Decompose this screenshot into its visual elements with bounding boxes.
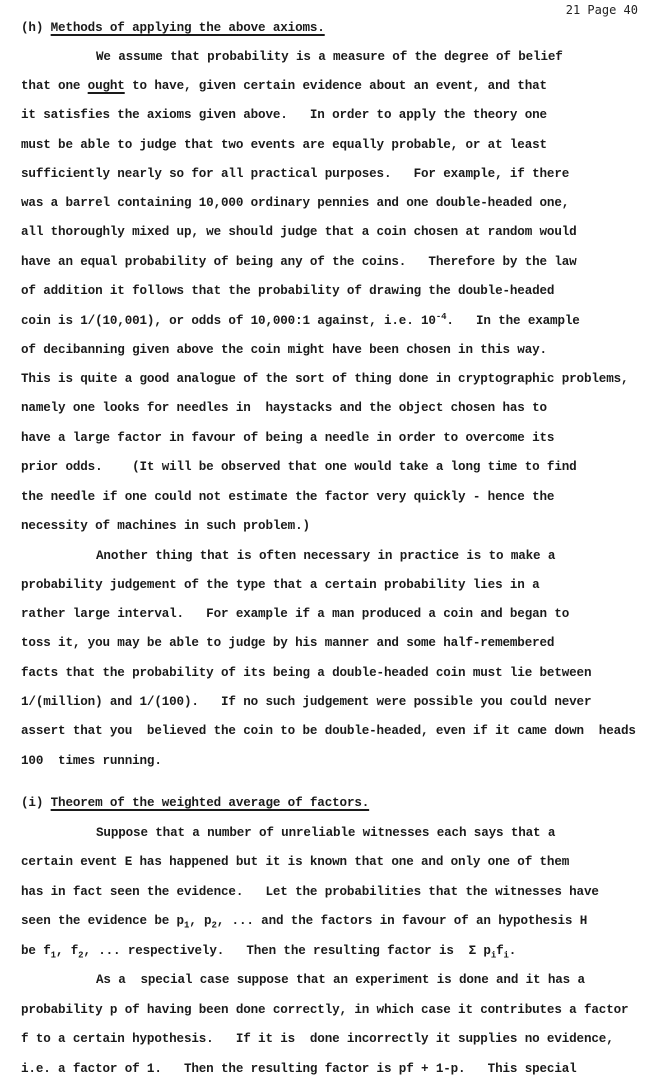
text-line: rather large interval. For example if a …	[21, 606, 569, 622]
text-span: coin is 1/(10,001), or odds of 10,000:1 …	[21, 314, 436, 328]
section-i-heading: (i) Theorem of the weighted average of f…	[21, 795, 369, 811]
document-page: 21 Page 40 (h) Methods of applying the a…	[0, 0, 650, 1090]
text-line: As a special case suppose that an experi…	[96, 972, 585, 988]
text-line: assert that you believed the coin to be …	[21, 723, 636, 739]
text-line: have an equal probability of being any o…	[21, 254, 577, 270]
text-line: Another thing that is often necessary in…	[96, 548, 555, 564]
text-line: of addition it follows that the probabil…	[21, 283, 554, 299]
text-line: it satisfies the axioms given above. In …	[21, 107, 547, 123]
text-line: facts that the probability of its being …	[21, 665, 591, 681]
text-line: that one ought to have, given certain ev…	[21, 78, 547, 94]
text-line: 1/(million) and 1/(100). If no such judg…	[21, 694, 591, 710]
text-span: to have, given certain evidence about an…	[125, 79, 547, 93]
text-span: f	[496, 944, 503, 958]
exponent: -4	[436, 312, 447, 322]
text-line: sufficiently nearly so for all practical…	[21, 166, 569, 182]
text-line: necessity of machines in such problem.)	[21, 518, 310, 534]
text-line: f to a certain hypothesis. If it is done…	[21, 1031, 614, 1047]
section-i-title: Theorem of the weighted average of facto…	[51, 796, 370, 810]
text-line: certain event E has happened but it is k…	[21, 854, 569, 870]
text-line: probability p of having been done correc…	[21, 1002, 628, 1018]
text-span: , p	[189, 914, 211, 928]
text-line: must be able to judge that two events ar…	[21, 137, 547, 153]
text-line: toss it, you may be able to judge by his…	[21, 635, 554, 651]
page-number: 21 Page 40	[566, 3, 638, 17]
text-span: .	[509, 944, 516, 958]
text-line: We assume that probability is a measure …	[96, 49, 563, 65]
text-span: , ... respectively. Then the resulting f…	[83, 944, 490, 958]
text-line: has in fact seen the evidence. Let the p…	[21, 884, 599, 900]
text-span: . In the example	[446, 314, 579, 328]
text-span: , ... and the factors in favour of an hy…	[217, 914, 587, 928]
text-line: coin is 1/(10,001), or odds of 10,000:1 …	[21, 313, 580, 329]
text-line: Suppose that a number of unreliable witn…	[96, 825, 555, 841]
text-line: have a large factor in favour of being a…	[21, 430, 554, 446]
text-line: namely one looks for needles in haystack…	[21, 400, 547, 416]
text-line: This is quite a good analogue of the sor…	[21, 371, 628, 387]
section-h-prefix: (h)	[21, 21, 51, 35]
text-line: the needle if one could not estimate the…	[21, 489, 554, 505]
text-line: was a barrel containing 10,000 ordinary …	[21, 195, 569, 211]
text-line: be f1, f2, ... respectively. Then the re…	[21, 943, 516, 959]
text-span: that one	[21, 79, 88, 93]
emphasis-ought: ought	[88, 79, 125, 93]
text-span: seen the evidence be p	[21, 914, 184, 928]
text-span: be f	[21, 944, 51, 958]
text-span: , f	[56, 944, 78, 958]
text-line: i.e. a factor of 1. Then the resulting f…	[21, 1061, 577, 1077]
section-h-heading: (h) Methods of applying the above axioms…	[21, 20, 325, 36]
section-h-title: Methods of applying the above axioms.	[51, 21, 325, 35]
text-line: seen the evidence be p1, p2, ... and the…	[21, 913, 587, 929]
text-line: 100 times running.	[21, 753, 162, 769]
text-line: prior odds. (It will be observed that on…	[21, 459, 577, 475]
section-i-prefix: (i)	[21, 796, 51, 810]
text-line: probability judgement of the type that a…	[21, 577, 540, 593]
text-line: of decibanning given above the coin migh…	[21, 342, 547, 358]
text-line: all thoroughly mixed up, we should judge…	[21, 224, 577, 240]
